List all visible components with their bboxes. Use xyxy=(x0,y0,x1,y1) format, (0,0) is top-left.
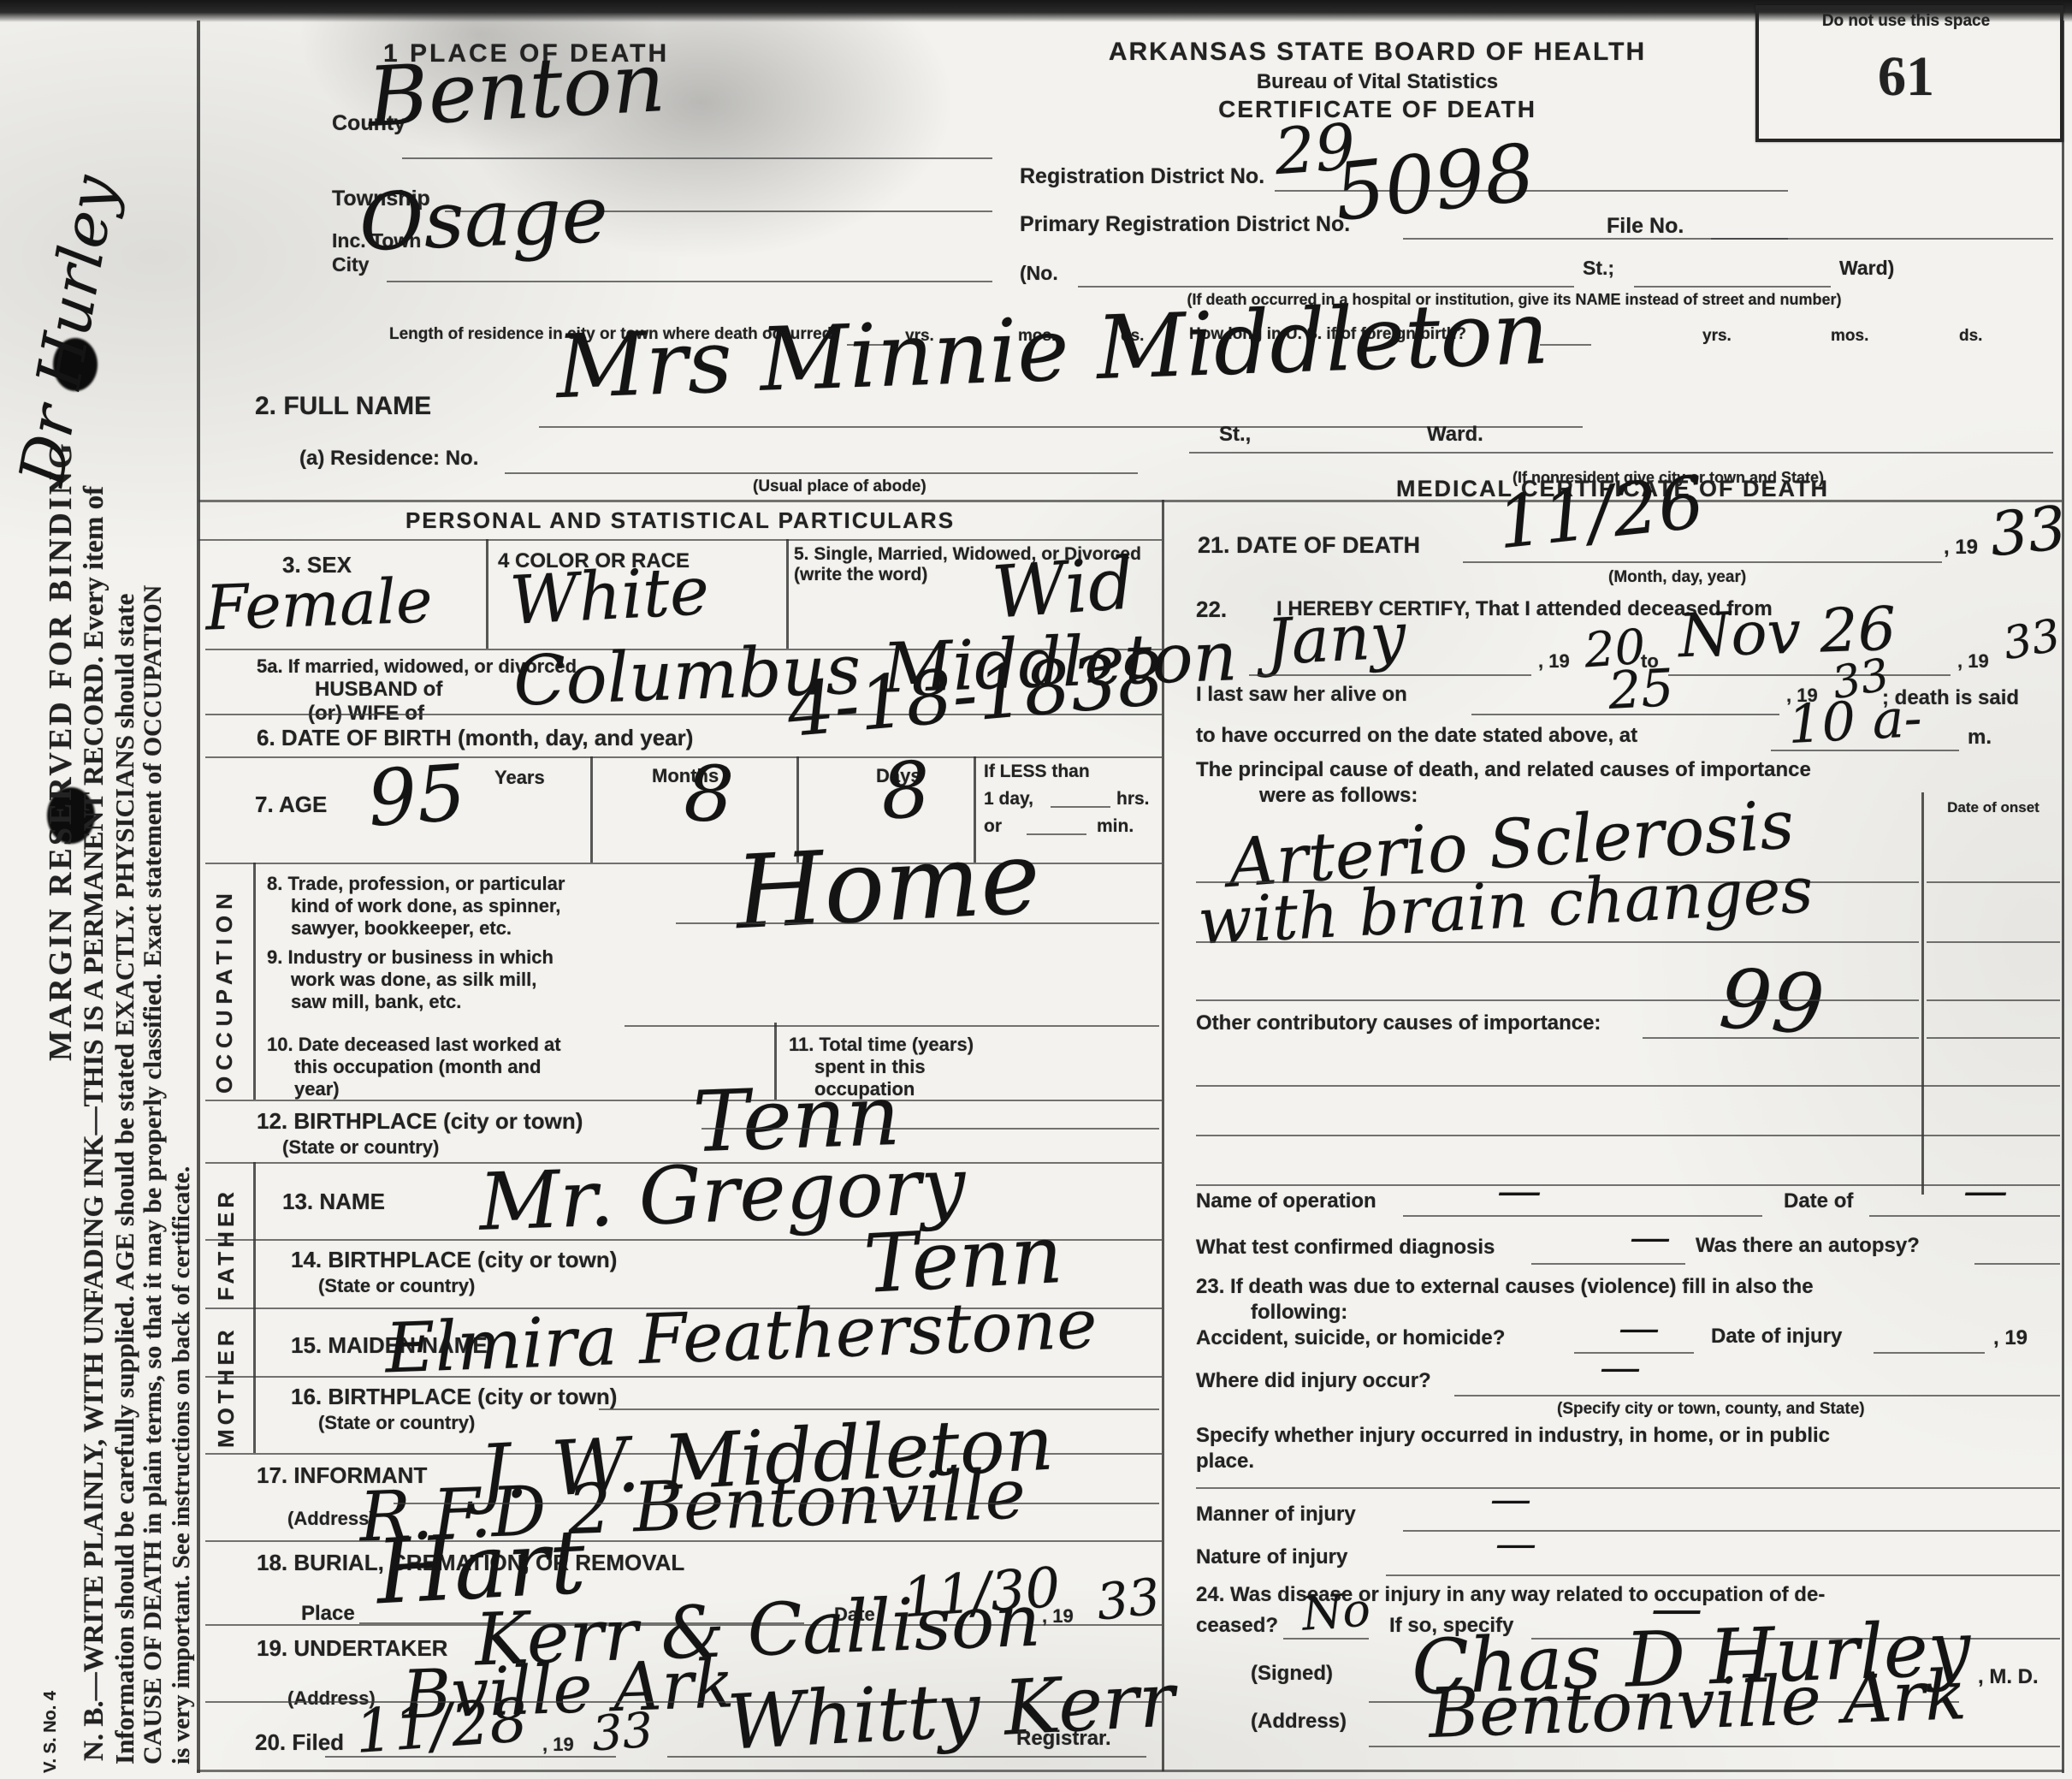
to-year-printed: , 19 xyxy=(1957,650,1989,672)
contributory-number: 99 xyxy=(1717,960,1826,1045)
rule-line xyxy=(1463,561,1942,563)
q23-text-2: following: xyxy=(1251,1301,1347,1325)
rule-line xyxy=(1927,941,2060,943)
q10-label-1: 10. Date deceased last worked at xyxy=(267,1034,561,1055)
age-days-value: 8 xyxy=(879,754,932,829)
attended-from-value: Jany xyxy=(1264,606,1407,673)
residence-label: (a) Residence: No. xyxy=(299,447,478,471)
principal-cause-text-1: The principal cause of death, and relate… xyxy=(1196,758,1811,782)
registrar-label: Registrar. xyxy=(1016,1727,1111,1751)
q24-text-1: 24. Was disease or injury in any way rel… xyxy=(1196,1583,1825,1607)
q20-year-value: 33 xyxy=(590,1708,654,1758)
q21-hint: (Month, day, year) xyxy=(1608,568,1746,587)
county-value: Benton xyxy=(366,44,667,137)
operation-date-dash: — xyxy=(1963,1171,2008,1213)
margin-nb-line3: CAUSE OF DEATH in plain terms, so that i… xyxy=(139,585,169,1764)
hrs-label: hrs. xyxy=(1116,789,1150,809)
rule-line xyxy=(1454,1395,2060,1397)
q10-label-2: this occupation (month and xyxy=(294,1056,541,1077)
q12-state-hint: (State or country) xyxy=(282,1136,439,1158)
rule-line xyxy=(1643,1037,1919,1039)
q8-label-1: 8. Trade, profession, or particular xyxy=(267,873,565,894)
rule-line xyxy=(1668,674,1951,676)
rule-line xyxy=(1369,1746,2060,1747)
form-bottom-border xyxy=(197,1770,2063,1772)
q20-date-value: 11/28 xyxy=(353,1692,530,1760)
q15-value: Elmira Featherstone xyxy=(384,1291,1098,1381)
dob-label: 6. DATE OF BIRTH (month, day, and year) xyxy=(257,726,693,751)
q21-value: 11/26 xyxy=(1494,469,1707,559)
death-certificate-scan: MARGIN RESERVED FOR BINDING N. B.—WRITE … xyxy=(0,0,2072,1779)
personal-title: PERSONAL AND STATISTICAL PARTICULARS xyxy=(205,508,1155,534)
q22-number: 22. xyxy=(1196,597,1227,623)
rule-line xyxy=(205,1376,1162,1378)
rule-line xyxy=(625,1025,1159,1027)
age-years-value: 95 xyxy=(365,756,468,836)
age-months-value: 8 xyxy=(683,757,736,833)
rule-line xyxy=(1189,452,2053,454)
form-left-border xyxy=(197,21,200,1773)
header-bureau: Bureau of Vital Statistics xyxy=(1069,70,1685,94)
full-name-label: 2. FULL NAME xyxy=(255,392,431,422)
rule-line xyxy=(667,1756,1146,1758)
father-side-label: FATHER xyxy=(214,1188,240,1301)
q21-year-printed: , 19 xyxy=(1944,536,1978,560)
full-name-value: Mrs Minnie Middleton xyxy=(555,293,1550,410)
rule-line xyxy=(1403,1215,1762,1217)
md-label: , M. D. xyxy=(1978,1665,2039,1689)
margin-nb-line4: is very important. See instructions on b… xyxy=(168,1166,196,1764)
accident-dash: — xyxy=(1619,1309,1660,1349)
do-not-use-label: Do not use this space xyxy=(1762,12,2050,31)
marital-value: Wid xyxy=(990,549,1136,627)
sex-value: Female xyxy=(204,571,434,637)
rule-line xyxy=(1974,1263,2060,1265)
st-label: St.; xyxy=(1583,257,1614,279)
signed-address-label: (Address) xyxy=(1251,1710,1347,1734)
rule-line xyxy=(676,922,1159,924)
rule-line xyxy=(539,426,1583,428)
q9-label-2: work was done, as silk mill, xyxy=(291,969,536,990)
q13-label: 13. NAME xyxy=(282,1189,385,1215)
occurred-time-value: 10 a- xyxy=(1787,693,1923,750)
rule-line xyxy=(1196,941,1919,943)
years-label: Years xyxy=(494,767,545,788)
age-label: 7. AGE xyxy=(255,792,327,818)
q24-text-2: ceased? xyxy=(1196,1614,1278,1638)
last-saw-text: I last saw her alive on xyxy=(1196,683,1407,707)
q24-no-value: No xyxy=(1300,1587,1371,1636)
primary-district-label: Primary Registration District No. xyxy=(1020,212,1350,237)
q16-state-hint: (State or country) xyxy=(318,1412,475,1433)
rule-line xyxy=(325,1756,616,1758)
rule-line xyxy=(505,472,1138,474)
rule-line xyxy=(1386,1574,2060,1576)
header-certificate: CERTIFICATE OF DEATH xyxy=(1069,96,1685,123)
autopsy-label: Was there an autopsy? xyxy=(1696,1234,1920,1258)
contributory-label: Other contributory causes of importance: xyxy=(1196,1011,1601,1035)
form-right-border xyxy=(2062,21,2064,1773)
rule-line xyxy=(1196,999,1919,1001)
rule-line xyxy=(1196,1135,2060,1136)
cell-border xyxy=(486,539,488,649)
rule-line xyxy=(1771,750,1959,751)
min-label: min. xyxy=(1097,816,1134,837)
specify-text-2: place. xyxy=(1196,1450,1254,1474)
manner-dash: — xyxy=(1490,1480,1531,1520)
q20-label: 20. Filed xyxy=(255,1730,344,1756)
registration-district-label: Registration District No. xyxy=(1020,164,1264,189)
manner-label: Manner of injury xyxy=(1196,1503,1356,1527)
rule-line xyxy=(1927,881,2060,883)
margin-nb-line1: N. B.—WRITE PLAINLY, WITH UNFADING INK—T… xyxy=(79,486,111,1761)
ward-label2: Ward. xyxy=(1427,423,1483,447)
husband-label-2: HUSBAND of xyxy=(315,678,442,702)
ward-label: Ward) xyxy=(1839,257,1894,279)
q10-label-3: year) xyxy=(294,1078,340,1100)
abode-hint: (Usual place of abode) xyxy=(753,477,926,496)
header-board: ARKANSAS STATE BOARD OF HEALTH xyxy=(1069,38,1685,68)
q21-year-value: 33 xyxy=(1987,500,2069,564)
test-label: What test confirmed diagnosis xyxy=(1196,1236,1495,1260)
rule-line xyxy=(198,539,1162,541)
signed-label: (Signed) xyxy=(1251,1662,1333,1686)
q18-year-value: 33 xyxy=(1094,1573,1162,1627)
nature-label: Nature of injury xyxy=(1196,1545,1347,1569)
mother-side-label: MOTHER xyxy=(214,1325,240,1448)
q12-label: 12. BIRTHPLACE (city or town) xyxy=(257,1109,583,1135)
q9-label-3: saw mill, bank, etc. xyxy=(291,991,461,1012)
injury-19-label: , 19 xyxy=(1993,1326,2028,1350)
rule-line xyxy=(1471,714,1779,715)
q20-year-printed: , 19 xyxy=(542,1734,574,1755)
q11-label-1: 11. Total time (years) xyxy=(789,1034,974,1055)
file-no-label: File No. xyxy=(1607,214,1684,239)
rule-line xyxy=(1051,806,1110,808)
yrs-label: yrs. xyxy=(1702,327,1732,346)
cell-border xyxy=(253,863,256,1100)
specify-text-1: Specify whether injury occurred in indus… xyxy=(1196,1424,1830,1448)
onset-label: Date of onset xyxy=(1927,799,2060,816)
where-injury-dash: — xyxy=(1600,1349,1641,1388)
rule-line xyxy=(1196,1487,2060,1489)
q16-label: 16. BIRTHPLACE (city or town) xyxy=(291,1385,617,1410)
margin-handwritten-note: Dr Hurley xyxy=(12,172,124,489)
occurred-m-label: m. xyxy=(1968,726,1992,750)
test-dash: — xyxy=(1630,1219,1671,1258)
st-label2: St., xyxy=(1219,423,1251,447)
race-value: White xyxy=(508,560,710,633)
street-no-label: (No. xyxy=(1020,262,1058,284)
city-value: Osage xyxy=(358,177,610,260)
ds-label: ds. xyxy=(1959,327,1982,346)
margin-nb-line2: Information should be carefully supplied… xyxy=(110,594,140,1764)
rule-line xyxy=(205,1100,1162,1101)
where-injury-label: Where did injury occur? xyxy=(1196,1369,1431,1393)
injury-date-label: Date of injury xyxy=(1711,1325,1842,1349)
from-year-printed: , 19 xyxy=(1538,650,1570,672)
rule-line xyxy=(402,157,992,159)
physician-address: Bentonville Ark xyxy=(1428,1663,1968,1746)
q8-label-2: kind of work done, as spinner, xyxy=(291,895,560,916)
principal-cause-text-2: were as follows: xyxy=(1259,784,1418,808)
rule-line xyxy=(1249,674,1531,676)
q14-state-hint: (State or country) xyxy=(318,1275,475,1296)
if-less-line1: If LESS than xyxy=(984,762,1090,782)
rule-line xyxy=(1927,999,2060,1001)
q23-text-1: 23. If death was due to external causes … xyxy=(1196,1275,1814,1299)
rule-line xyxy=(702,1128,1159,1130)
rule-line xyxy=(205,1540,1162,1542)
where-injury-hint: (Specify city or town, county, and State… xyxy=(1557,1400,1865,1419)
rule-line xyxy=(1711,238,2053,240)
operation-dash: — xyxy=(1497,1171,1542,1213)
q8-label-3: sawyer, bookkeeper, etc. xyxy=(291,917,512,939)
rule-line xyxy=(394,1503,1159,1504)
rule-line xyxy=(1196,1184,2060,1186)
rule-line xyxy=(205,756,1162,758)
rule-line xyxy=(1927,1037,2060,1039)
rule-line xyxy=(1283,1638,1369,1640)
rule-line xyxy=(1531,1263,1685,1265)
last-saw-date: 25 xyxy=(1607,664,1675,716)
mos-label: mos. xyxy=(1831,327,1868,346)
if-less-line2: 1 day, xyxy=(984,789,1033,809)
rule-line xyxy=(1634,286,1831,288)
operation-label: Name of operation xyxy=(1196,1189,1376,1213)
to-year-value: 33 xyxy=(2000,615,2063,667)
q9-label-1: 9. Industry or business in which xyxy=(267,946,554,968)
rule-line xyxy=(387,281,992,282)
rule-line xyxy=(1874,1352,1985,1354)
margin-binding-text: MARGIN RESERVED FOR BINDING xyxy=(43,441,80,1061)
cell-border xyxy=(590,756,593,863)
occupation-side-label: OCCUPATION xyxy=(212,887,238,1094)
occurred-text: to have occurred on the date stated abov… xyxy=(1196,724,1637,748)
accident-label: Accident, suicide, or homicide? xyxy=(1196,1326,1505,1350)
primary-district-value: 5098 xyxy=(1331,135,1538,230)
q18-place-label: Place xyxy=(301,1602,355,1626)
form-number: V. S. No. 4 xyxy=(41,1691,61,1773)
q14-label: 14. BIRTHPLACE (city or town) xyxy=(291,1248,617,1273)
q21-label: 21. DATE OF DEATH xyxy=(1198,532,1420,559)
rule-line xyxy=(1196,1085,2060,1087)
certificate-number: 61 xyxy=(1762,44,2050,110)
operation-date-label: Date of xyxy=(1784,1189,1853,1213)
nature-dash: — xyxy=(1495,1525,1536,1564)
rule-line xyxy=(1869,1215,2060,1217)
